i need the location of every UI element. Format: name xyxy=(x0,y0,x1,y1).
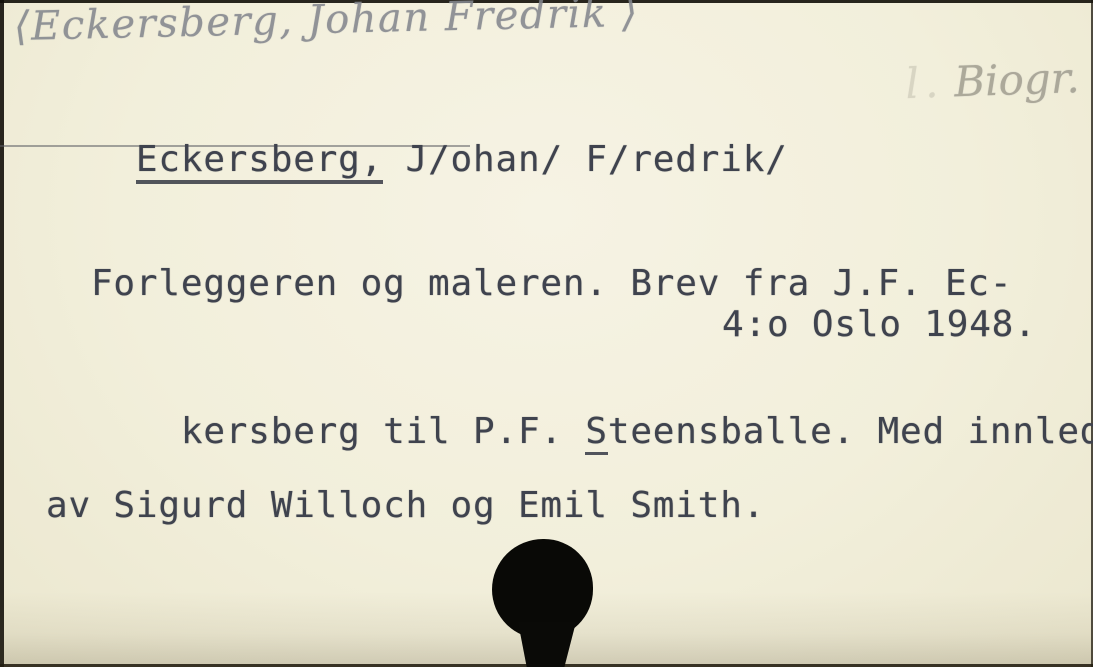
corner-note-faded-prefix: l. xyxy=(904,58,944,108)
typed-heading-forenames: J/ohan/ F/redrik/ xyxy=(383,139,788,180)
corner-note-label: Biogr. xyxy=(953,53,1080,106)
body-line-3: av Sigurd Willoch og Emil Smith. xyxy=(46,487,1093,524)
catalog-card: ⟨Eckersberg, Johan Fredrik ⟩ l.Biogr. Ec… xyxy=(0,0,1093,667)
punch-hole-stem-icon xyxy=(518,622,576,667)
card-edge-left xyxy=(0,0,4,667)
body-line-2-pre: kersberg til P.F. xyxy=(181,411,586,452)
handwritten-heading: ⟨Eckersberg, Johan Fredrik ⟩ xyxy=(13,0,639,50)
body-line-2-post: teensballe. Med innledning xyxy=(608,411,1093,452)
body-line-1: Forleggeren og maleren. Brev fra J.F. Ec… xyxy=(46,265,1093,302)
body-line-2-underlined-letter: S xyxy=(585,411,607,455)
imprint-line: 4:o Oslo 1948. xyxy=(722,304,1037,345)
card-body: Forleggeren og maleren. Brev fra J.F. Ec… xyxy=(46,191,1093,598)
typed-heading-surname: Eckersberg, xyxy=(136,139,383,184)
corner-note: l.Biogr. xyxy=(849,4,1081,159)
body-line-2: kersberg til P.F. Steensballe. Med innle… xyxy=(46,376,1093,413)
